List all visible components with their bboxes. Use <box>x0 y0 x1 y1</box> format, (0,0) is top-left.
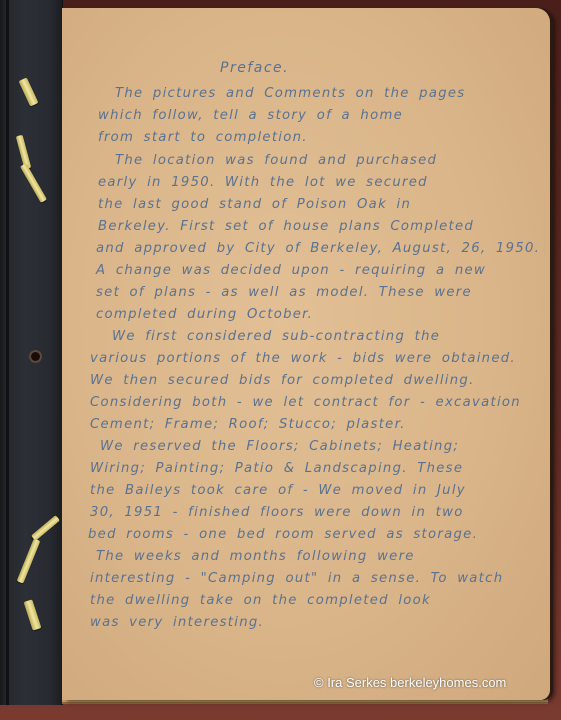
handwritten-line: 30, 1951 - finished floors were down in … <box>90 505 464 520</box>
handwritten-line: Considering both - we let contract for -… <box>90 395 521 410</box>
handwritten-line: which follow, tell a story of a home <box>98 108 403 123</box>
brass-fastener-icon <box>31 515 60 541</box>
brass-fastener-icon <box>17 538 41 583</box>
handwritten-line: The location was found and purchased <box>115 153 437 168</box>
handwritten-line: completed during October. <box>96 307 313 322</box>
handwritten-line: bed rooms - one bed room served as stora… <box>88 527 478 542</box>
handwritten-line: Wiring; Painting; Patio & Landscaping. T… <box>90 461 463 476</box>
handwritten-line: early in 1950. With the lot we secured <box>98 175 428 190</box>
handwritten-line: set of plans - as well as model. These w… <box>96 285 472 300</box>
handwritten-line: the last good stand of Poison Oak in <box>98 197 411 212</box>
handwritten-line: the Baileys took care of - We moved in J… <box>90 483 466 498</box>
handwritten-line: The weeks and months following were <box>96 549 415 564</box>
handwritten-line: We then secured bids for completed dwell… <box>90 373 475 388</box>
brass-fastener-icon <box>24 599 42 630</box>
binder-hole-icon <box>29 350 42 363</box>
handwritten-line: interesting - "Camping out" in a sense. … <box>90 571 503 586</box>
handwritten-line: We first considered sub-contracting the <box>112 329 440 344</box>
handwritten-line: We reserved the Floors; Cabinets; Heatin… <box>100 439 459 454</box>
brass-fastener-icon <box>19 77 39 106</box>
copyright-watermark: © Ira Serkes berkeleyhomes.com <box>314 675 506 690</box>
handwritten-line: the dwelling take on the completed look <box>90 593 431 608</box>
handwritten-line: various portions of the work - bids were… <box>90 351 516 366</box>
handwritten-line: and approved by City of Berkeley, August… <box>96 241 540 256</box>
handwritten-line: from start to completion. <box>98 130 308 145</box>
handwritten-line: Berkeley. First set of house plans Compl… <box>98 219 474 234</box>
brass-fastener-icon <box>20 163 47 203</box>
handwritten-line: Cement; Frame; Roof; Stucco; plaster. <box>90 417 406 432</box>
binder-spine-edge <box>6 0 9 705</box>
handwritten-line: A change was decided upon - requiring a … <box>96 263 486 278</box>
handwritten-line: The pictures and Comments on the pages <box>115 86 465 101</box>
binder-cover <box>0 0 63 705</box>
handwritten-line: was very interesting. <box>90 615 264 630</box>
page-title: Preface. <box>220 60 289 76</box>
